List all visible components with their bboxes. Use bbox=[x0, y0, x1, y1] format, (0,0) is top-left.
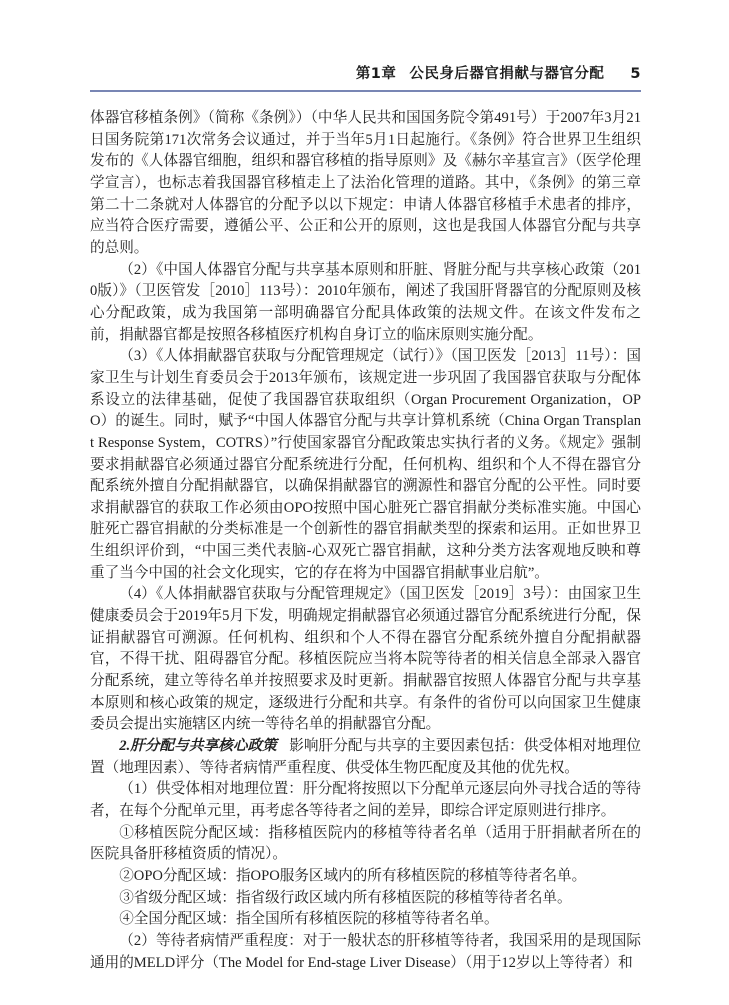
paragraph: ③省级分配区域：指省级行政区域内所有移植医院的移植等待者名单。 bbox=[90, 888, 641, 910]
paragraph: ②OPO分配区域：指OPO服务区域内的所有移植医院的移植等待者名单。 bbox=[90, 866, 641, 888]
paragraph: ①移植医院分配区域：指移植医院内的移植等待者名单（适用于肝捐献者所在的医院具备肝… bbox=[90, 823, 641, 866]
paragraph: （2）等待者病情严重程度：对于一般状态的肝移植等待者，我国采用的是现国际通用的M… bbox=[90, 931, 641, 974]
page-number: 5 bbox=[630, 66, 641, 82]
chapter-label: 第1章 bbox=[356, 66, 397, 82]
paragraph-lead: 2.肝分配与共享核心政策 bbox=[119, 738, 277, 754]
chapter-title: 公民身后器官捐献与器官分配 bbox=[409, 66, 604, 82]
running-header: 第1章公民身后器官捐献与器官分配5 bbox=[90, 62, 641, 92]
paragraph: ④全国分配区域：指全国所有移植医院的移植等待者名单。 bbox=[90, 909, 641, 931]
paragraph: 体器官移植条例》（简称《条例》）（中华人民共和国国务院令第491号）于2007年… bbox=[90, 108, 641, 260]
paragraph: （1）供受体相对地理位置：肝分配将按照以下分配单元逐层向外寻找合适的等待者，在每… bbox=[90, 779, 641, 822]
paragraph: 2.肝分配与共享核心政策影响肝分配与共享的主要因素包括：供受体相对地理位置（地理… bbox=[90, 736, 641, 779]
paragraph: （4）《人体捐献器官获取与分配管理规定》（国卫医发［2019］3号）：由国家卫生… bbox=[90, 584, 641, 736]
book-page: 第1章公民身后器官捐献与器官分配5 体器官移植条例》（简称《条例》）（中华人民共… bbox=[0, 0, 729, 1005]
body-text: 体器官移植条例》（简称《条例》）（中华人民共和国国务院令第491号）于2007年… bbox=[90, 108, 641, 974]
paragraph: （2）《中国人体器官分配与共享基本原则和肝脏、肾脏分配与共享核心政策（2010版… bbox=[90, 260, 641, 347]
paragraph: （3）《人体捐献器官获取与分配管理规定（试行）》（国卫医发［2013］11号）：… bbox=[90, 346, 641, 584]
